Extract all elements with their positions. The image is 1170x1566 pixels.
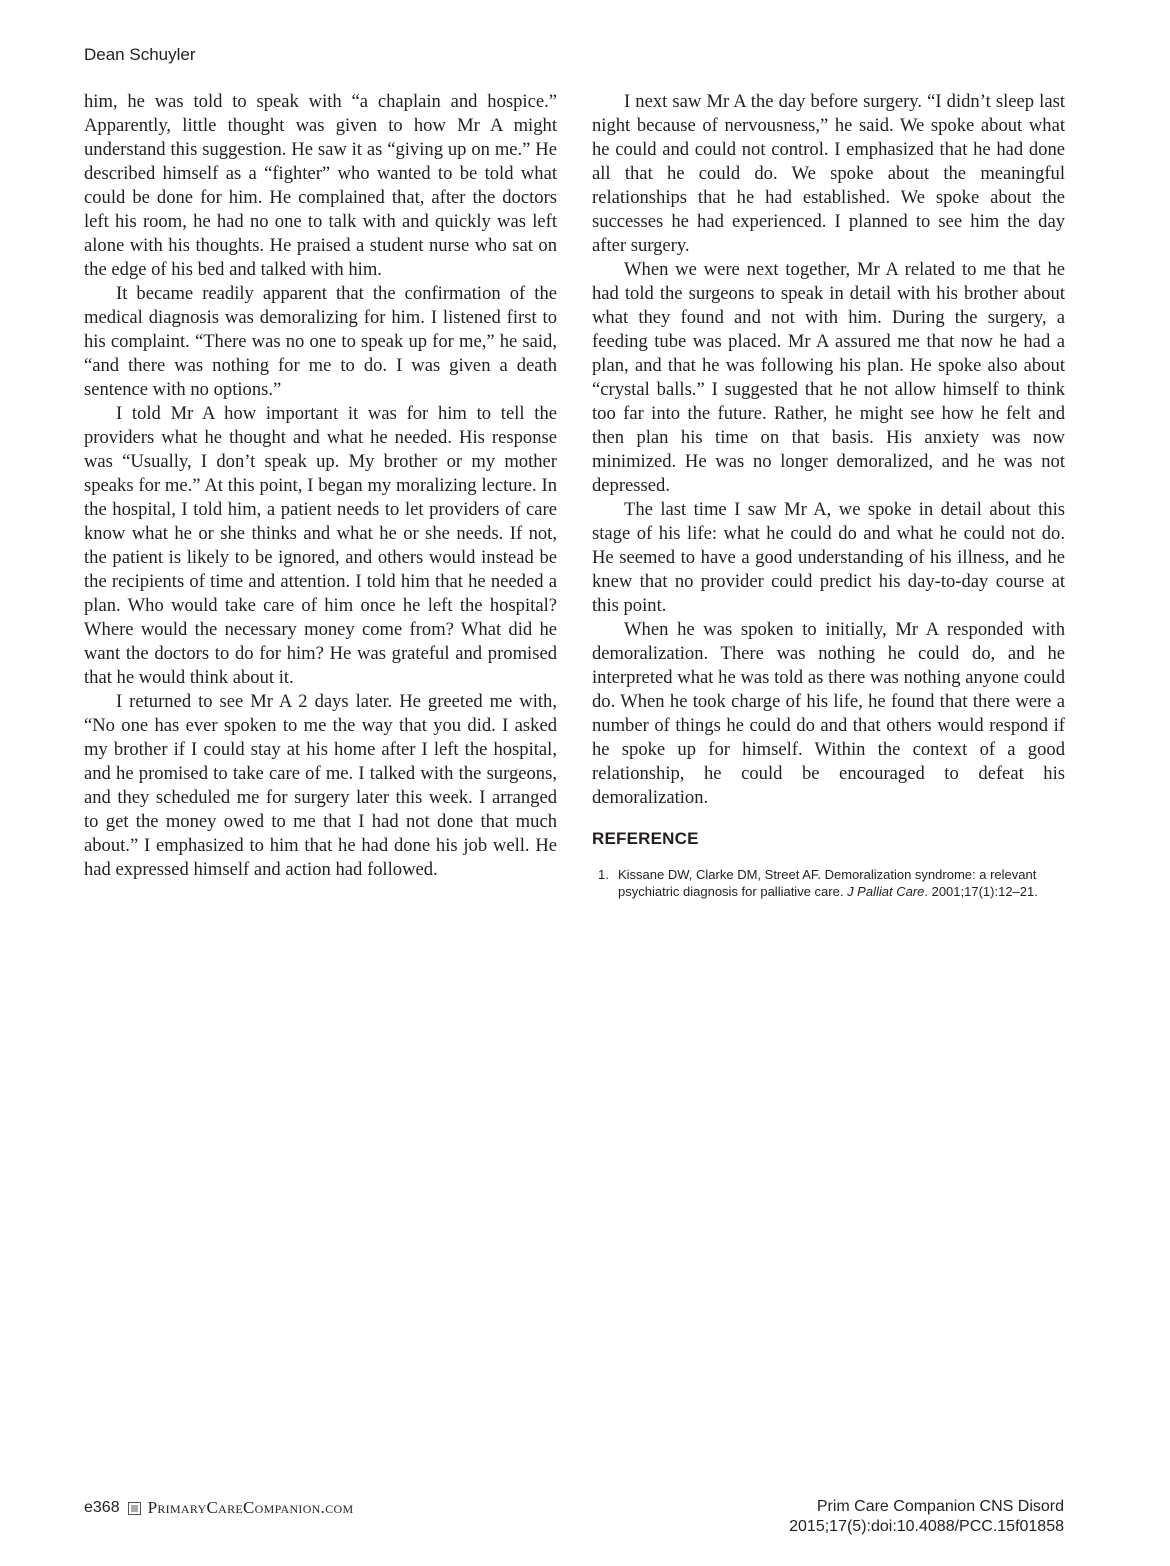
doi-citation: 2015;17(5):doi:10.4088/PCC.15f01858 — [789, 1517, 1064, 1537]
reference-number: 1. — [592, 866, 618, 900]
paragraph: I next saw Mr A the day before surgery. … — [592, 90, 1065, 258]
footer-left: e368 PrimaryCareCompanion.com — [84, 1498, 353, 1518]
journal-website-link[interactable]: PrimaryCareCompanion.com — [148, 1498, 354, 1518]
reference-text: Kissane DW, Clarke DM, Street AF. Demora… — [618, 866, 1065, 900]
reference-details: . 2001;17(1):12–21. — [924, 884, 1037, 899]
page-number: e368 — [84, 1499, 120, 1517]
paragraph: The last time I saw Mr A, we spoke in de… — [592, 498, 1065, 618]
reference-list: 1. Kissane DW, Clarke DM, Street AF. Dem… — [592, 866, 1065, 900]
reference-journal: J Palliat Care — [847, 884, 924, 899]
paragraph: When he was spoken to initially, Mr A re… — [592, 618, 1065, 810]
footer-citation: Prim Care Companion CNS Disord 2015;17(5… — [789, 1497, 1064, 1537]
paragraph: I returned to see Mr A 2 days later. He … — [84, 690, 557, 882]
paragraph: When we were next together, Mr A related… — [592, 258, 1065, 498]
reference-item: 1. Kissane DW, Clarke DM, Street AF. Dem… — [592, 866, 1065, 900]
journal-name: Prim Care Companion CNS Disord — [789, 1497, 1064, 1517]
left-column: him, he was told to speak with “a chapla… — [84, 90, 557, 882]
paragraph: It became readily apparent that the conf… — [84, 282, 557, 402]
running-head-author: Dean Schuyler — [84, 45, 196, 65]
paragraph: him, he was told to speak with “a chapla… — [84, 90, 557, 282]
right-column: I next saw Mr A the day before surgery. … — [592, 90, 1065, 900]
paragraph: I told Mr A how important it was for him… — [84, 402, 557, 690]
references-heading: REFERENCE — [592, 828, 1065, 850]
square-separator-icon — [128, 1502, 141, 1515]
